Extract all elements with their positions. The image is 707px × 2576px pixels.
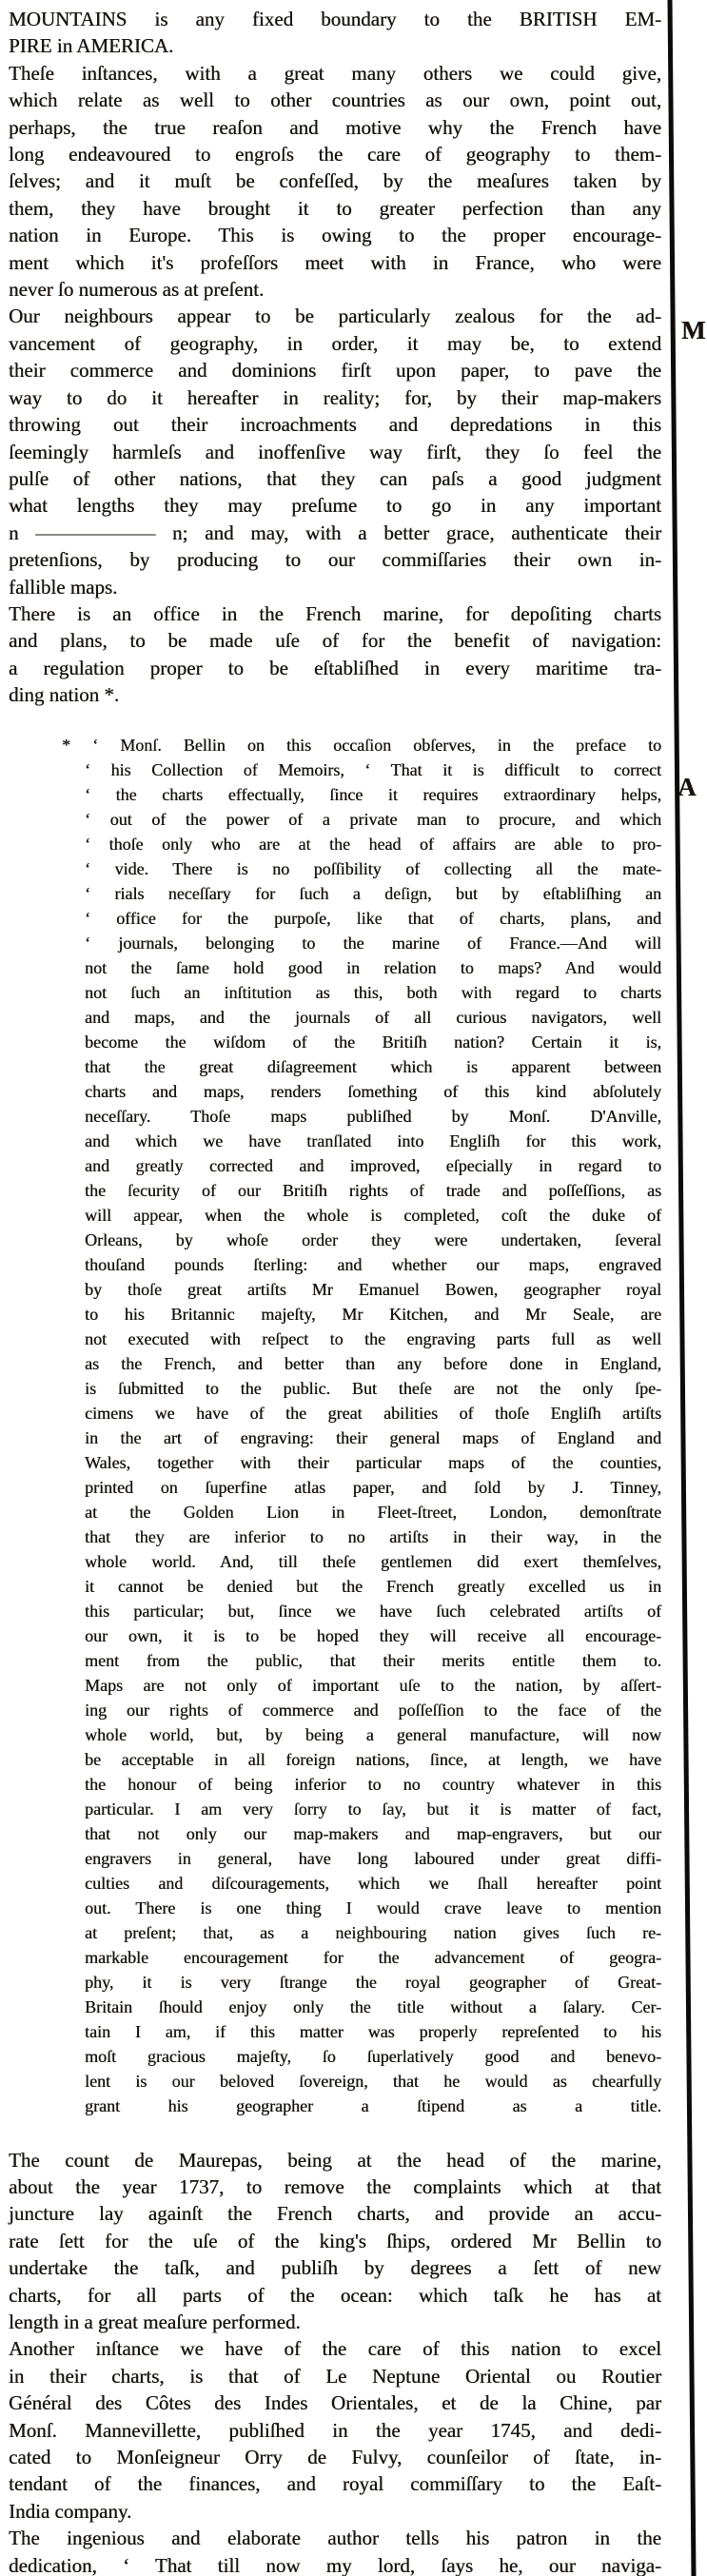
footnote-line: markable encouragement for the advanceme… — [85, 1945, 661, 1970]
footnote-line: ‘ journals, belonging to the marine of F… — [85, 931, 661, 955]
footnote-line: it cannot be denied but the French great… — [85, 1574, 661, 1599]
footnote-line: will appear, when the whole is completed… — [85, 1203, 661, 1228]
text-line: perhaps, the true reaſon and motive why … — [9, 114, 661, 141]
text-line: MOUNTAINS is any fixed boundary to the B… — [9, 6, 661, 32]
footnote-line: neceſſary. Thoſe maps publiſhed by Monſ.… — [85, 1104, 661, 1129]
text-line: undertake the taſk, and publiſh by degre… — [9, 2254, 661, 2281]
paragraph-french-marine-office: There is an office in the French marine,… — [9, 600, 661, 709]
footnote-line: ing our rights of commerce and poſſeſſio… — [85, 1698, 661, 1722]
footnote-line: our own, it is to be hoped they will rec… — [85, 1623, 661, 1648]
text-line: PIRE in AMERICA. — [9, 32, 661, 59]
text-line: a regulation proper to be eſtabliſhed in… — [9, 655, 661, 681]
footnote-line: ‘ his Collection of Memoirs, ‘ That it i… — [85, 757, 661, 782]
footnote-line: at the Golden Lion in Fleet-ſtreet, Lond… — [85, 1500, 661, 1524]
text-line: Theſe inſtances, with a great many other… — [9, 60, 661, 87]
footnote-bellin-quotation: * ‘ Monſ. Bellin on this occaſion obſerv… — [85, 733, 661, 2118]
text-line: never ſo numerous as at preſent. — [9, 276, 661, 303]
footnote-line: ‘ vide. There is no poſſibility of colle… — [85, 856, 661, 881]
footnote-line: and which we have tranſlated into Engliſ… — [85, 1129, 661, 1153]
footnote-line: phy, it is very ſtrange the royal geogra… — [85, 1970, 661, 1995]
footnote-line: cimens we have of the great abilities of… — [85, 1401, 661, 1426]
footnote-line: by thoſe great artiſts Mr Emanuel Bowen,… — [85, 1277, 661, 1302]
footnote-line: ‘ the charts effectually, ſince it requi… — [85, 782, 661, 807]
text-line: vancement of geography, in order, it may… — [9, 330, 661, 357]
text-line: juncture lay againſt the French charts, … — [9, 2200, 661, 2227]
footnote-line: be acceptable in all foreign nations, ſi… — [85, 1747, 661, 1772]
text-line: tendant of the finances, and royal commi… — [9, 2470, 661, 2497]
scanned-page: MOUNTAINS is any fixed boundary to the B… — [0, 0, 707, 2576]
text-line: throwing out their incroachments and dep… — [9, 411, 661, 438]
footnote-line: and greatly corrected and improved, eſpe… — [85, 1153, 661, 1178]
footnote-line: become the wiſdom of the Britiſh nation?… — [85, 1030, 661, 1054]
footnote-line: whole world, but, by being a general man… — [85, 1722, 661, 1747]
footnote-line: ‘ thoſe only who are at the head of affa… — [85, 832, 661, 856]
footnote-line: moſt gracious majeſty, ſo ſuperlatively … — [85, 2044, 661, 2069]
paragraph-count-maurepas: The count de Maurepas, being at the head… — [9, 2147, 661, 2336]
footnote-line: Orleans, by whoſe order they were undert… — [85, 1228, 661, 1252]
footnote-line: this particular; but, ſince we have ſuch… — [85, 1599, 661, 1623]
footnote-line: is ſubmitted to the public. But theſe ar… — [85, 1376, 661, 1401]
text-line: fallible maps. — [9, 574, 661, 600]
text-line: their commerce and dominions firſt upon … — [9, 357, 661, 383]
footnote-line: in the art of engraving: their general m… — [85, 1426, 661, 1450]
text-line: dedication, ‘ That till now my lord, ſay… — [9, 2552, 661, 2576]
footnote-line: as the French, and better than any befor… — [85, 1351, 661, 1376]
text-line: ſelves; and it muſt be confeſſed, by the… — [9, 167, 661, 194]
footnote-line: that not only our map-makers and map-eng… — [85, 1821, 661, 1846]
footnote-line: ‘ office for the purpoſe, like that of c… — [85, 906, 661, 931]
paragraph-our-neighbours: Our neighbours appear to be particularly… — [9, 303, 661, 600]
footnote-line: not executed with reſpect to the engravi… — [85, 1327, 661, 1351]
footnote-line: culties and diſcouragements, which we ſh… — [85, 1871, 661, 1896]
margin-fragment: A — [678, 773, 697, 802]
text-line: ſeemingly harmleſs and inoffenſive way f… — [9, 439, 661, 465]
text-line: ment which it's profeſſors meet with in … — [9, 249, 661, 276]
footnote-line: printed on ſuperfine atlas paper, and ſo… — [85, 1475, 661, 1500]
footnote-line: not the ſame hold good in relation to ma… — [85, 955, 661, 980]
footnote-line: grant his geographer a ſtipend as a titl… — [85, 2094, 661, 2118]
footnote-line: that they are inferior to no artiſts in … — [85, 1524, 661, 1549]
text-line: ding nation *. — [9, 681, 661, 708]
text-line: which relate as well to other countries … — [9, 87, 661, 113]
footnote-line: ‘ out of the power of a private man to p… — [85, 807, 661, 832]
text-line: in their charts, is that of Le Neptune O… — [9, 2363, 661, 2389]
footnote-line: ment from the public, that their merits … — [85, 1648, 661, 1673]
footnote-line: Britain ſhould enjoy only the title with… — [85, 1995, 661, 2019]
footnote-line: whole world. And, till theſe gentlemen d… — [85, 1549, 661, 1574]
paragraph-neptune-oriental: Another inſtance we have of the care of … — [9, 2335, 661, 2525]
footnote-line: tain I am, if this matter was properly r… — [85, 2019, 661, 2044]
text-line: them, they have brought it to greater pe… — [9, 195, 661, 222]
text-line: way to do it hereafter in reality; for, … — [9, 384, 661, 411]
footnote-line: charts and maps, renders ſomething of th… — [85, 1079, 661, 1104]
paragraph-these-instances: Theſe inſtances, with a great many other… — [9, 60, 661, 304]
text-line: and plans, to be made uſe of for the ben… — [9, 627, 661, 654]
footnote-line: at preſent; that, as a neighbouring nati… — [85, 1920, 661, 1945]
text-line: Monſ. Mannevillette, publiſhed in the ye… — [9, 2417, 661, 2444]
footnote-line: Wales, together with their particular ma… — [85, 1450, 661, 1475]
footnote-line: and maps, and the journals of all curiou… — [85, 1005, 661, 1030]
paragraph-ingenious-author: The ingenious and elaborate author tells… — [9, 2525, 661, 2576]
text-line: what lengths they may preſume to go in a… — [9, 492, 661, 519]
text-line: rate ſett for the uſe of the king's ſhip… — [9, 2228, 661, 2254]
footnote-line: particular. I am very ſorry to ſay, but … — [85, 1797, 661, 1821]
footnote-line: that the great diſagreement which is app… — [85, 1054, 661, 1079]
text-line: long endeavoured to engroſs the care of … — [9, 141, 661, 167]
footnote-line: * ‘ Monſ. Bellin on this occaſion obſerv… — [85, 733, 661, 757]
text-line: nation in Europe. This is owing to the p… — [9, 222, 661, 248]
text-line: charts, for all parts of the ocean: whic… — [9, 2282, 661, 2309]
text-line: Another inſtance we have of the care of … — [9, 2335, 661, 2362]
footnote-line: lent is our beloved ſovereign, that he w… — [85, 2069, 661, 2094]
text-line: pulſe of other nations, that they can pa… — [9, 465, 661, 492]
footnote-line: the honour of being inferior to no count… — [85, 1772, 661, 1797]
footnote-line: engravers in general, have long laboured… — [85, 1846, 661, 1871]
footnote-line: to his Britannic majeſty, Mr Kitchen, an… — [85, 1302, 661, 1327]
text-line: Général des Côtes des Indes Orientales, … — [9, 2389, 661, 2416]
text-line: The ingenious and elaborate author tells… — [9, 2525, 661, 2551]
footnote-line: thouſand pounds ſterling: and whether ou… — [85, 1252, 661, 1277]
footnote-line: out. There is one thing I would crave le… — [85, 1896, 661, 1920]
footnote-line: Maps are not only of important uſe to th… — [85, 1673, 661, 1698]
text-line: Our neighbours appear to be particularly… — [9, 303, 661, 329]
paragraph-mountains-heading: MOUNTAINS is any fixed boundary to the B… — [9, 6, 661, 60]
footnote-line: ‘ rials neceſſary for ſuch a deſign, but… — [85, 881, 661, 906]
text-line: The count de Maurepas, being at the head… — [9, 2147, 661, 2173]
text-line: pretenſions, by producing to our commiſſ… — [9, 546, 661, 573]
text-line: about the year 1737, to remove the compl… — [9, 2173, 661, 2200]
footnote-line: not ſuch an inſtitution as this, both wi… — [85, 980, 661, 1005]
text-line: cated to Monſeigneur Orry de Fulvy, coun… — [9, 2444, 661, 2470]
footnote-line: the ſecurity of our Britiſh rights of tr… — [85, 1178, 661, 1203]
margin-fragment: M — [681, 316, 705, 345]
text-line: length in a great meaſure performed. — [9, 2309, 661, 2335]
text-line: India company. — [9, 2498, 661, 2525]
text-line: There is an office in the French marine,… — [9, 600, 661, 627]
text-line: n —————— n; and may, with a better grace… — [9, 520, 661, 546]
